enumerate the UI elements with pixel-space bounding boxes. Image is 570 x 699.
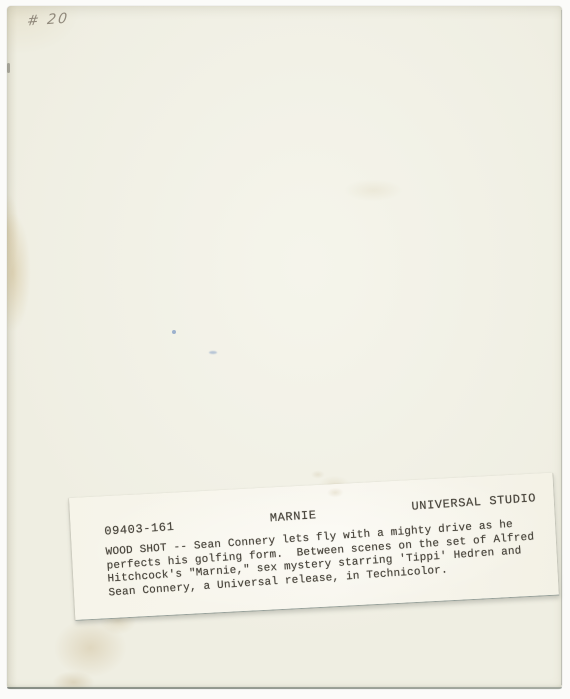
photo-file-number: 09403-161 [104,520,175,539]
blue-ink-speck [172,330,176,334]
pencil-annotation: # 20 [26,10,70,29]
photo-right-edge [561,10,562,685]
typed-caption-label: 09403-161 MARNIE UNIVERSAL STUDIO WOOD S… [69,473,560,621]
film-title: MARNIE [269,508,317,525]
studio-name: UNIVERSAL STUDIO [411,491,536,513]
blue-ink-speck [209,351,217,354]
photo-back-paper: # 20 09403-161 MARNIE UNIVERSAL STUDIO W… [7,6,562,689]
scan-background: # 20 09403-161 MARNIE UNIVERSAL STUDIO W… [0,0,570,699]
paper-edge-mark [7,63,10,73]
photo-bottom-edge [7,687,562,689]
caption-label-content: 09403-161 MARNIE UNIVERSAL STUDIO WOOD S… [69,465,559,603]
